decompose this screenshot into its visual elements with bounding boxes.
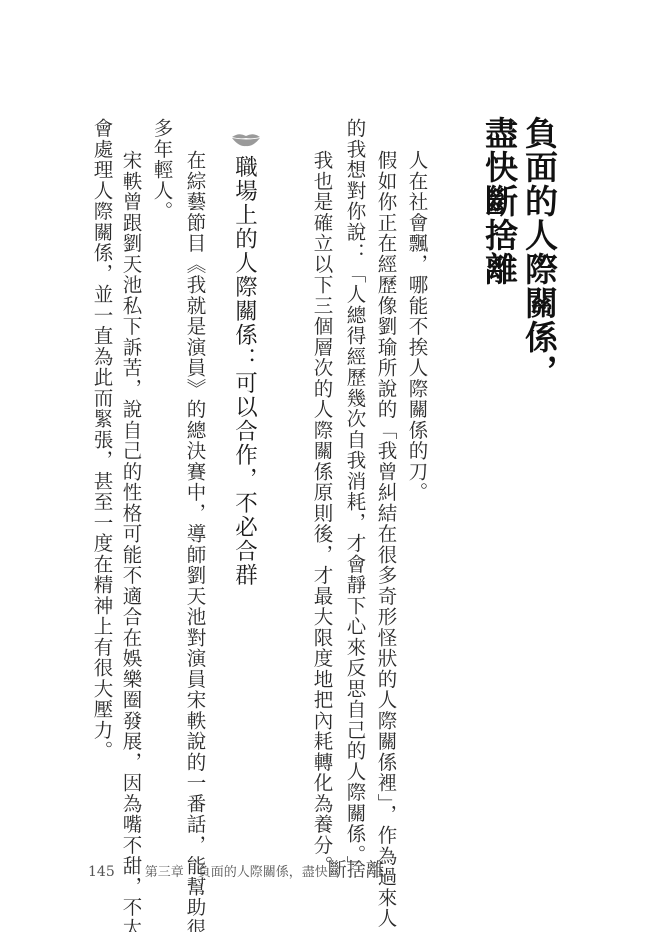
paragraph-column: 會處理人際關係，並一直為此而緊張，甚至一度在精神上有很大壓力。 xyxy=(92,118,112,761)
lips-icon xyxy=(231,133,261,147)
paragraph-column: 宋軼曾跟劉天池私下訴苦，說自己的性格可能不適合在娛樂圈發展，因為嘴不甜，不太 xyxy=(121,150,141,932)
chapter-title-line-1: 負面的人際關係， xyxy=(523,116,556,388)
paragraph-column: 假如你正在經歷像劉瑜所說的「我曾糾結在很多奇形怪狀的人際關係裡」，作為過來人 xyxy=(376,150,396,929)
page-number: 145 xyxy=(88,864,115,880)
paragraph-column: 多年輕人。 xyxy=(152,118,172,222)
chapter-title-small: 負面的人際關係，盡快 xyxy=(198,861,328,880)
chapter-title-line-2: 盡快斷捨離 xyxy=(483,116,516,286)
paragraph-column: 的我想對你說：「人總得經歷幾次自我消耗，才會靜下心來反思自己的人際關係。」 xyxy=(345,118,365,876)
paragraph-column: 在綜藝節目《我就是演員》的總決賽中，導師劉天池對演員宋軼說的一番話，能幫助很 xyxy=(185,150,205,932)
chapter-label: 第三章 xyxy=(145,861,184,880)
paragraph-column: 我也是確立以下三個層次的人際關係原則後，才最大限度地把內耗轉化為養分。 xyxy=(312,150,332,876)
paragraph-column: 人在社會飄，哪能不挨人際關係的刀。 xyxy=(407,150,427,503)
chapter-title-large: 斷捨離 xyxy=(328,855,385,882)
page-footer: 145 第三章 負面的人際關係，盡快 斷捨離 xyxy=(88,855,385,882)
section-heading: 職場上的人際關係：可以合作，不必合群 xyxy=(233,155,256,587)
